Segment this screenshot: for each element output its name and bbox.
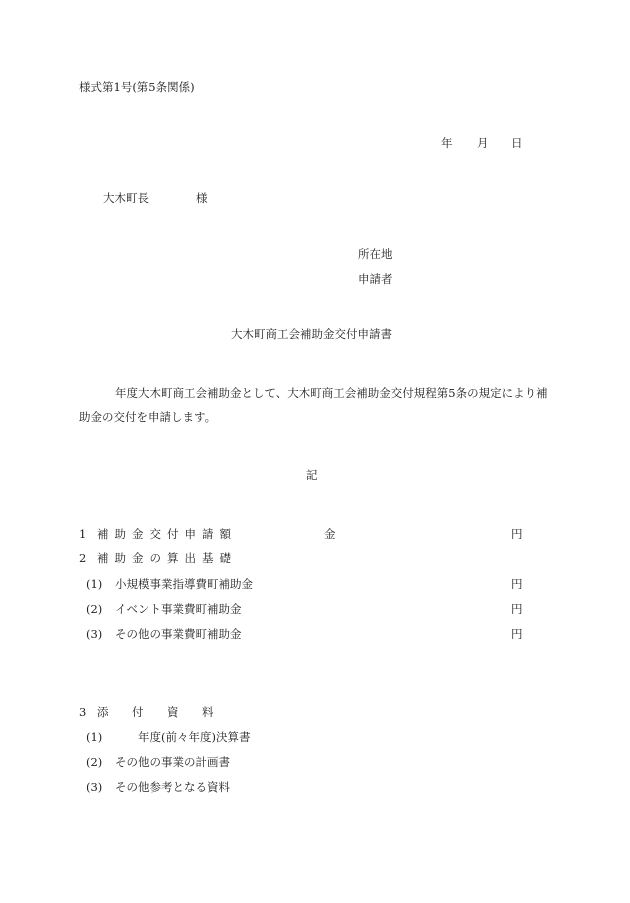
- sub-item-label: 年度(前々年度)決算書: [138, 732, 250, 744]
- ki-heading: 記: [306, 470, 318, 482]
- item-1-amount-prefix: 金: [324, 529, 336, 541]
- item-3-label-char-2: 付: [132, 707, 144, 719]
- sub-item-unit: 円: [511, 579, 523, 591]
- item-3-label-char-3: 資: [167, 707, 179, 719]
- sub-item-number: (1): [86, 732, 102, 744]
- addressee-honorific: 様: [196, 193, 208, 205]
- item-2-number: 2: [79, 553, 86, 565]
- item-1-label: 補助金交付申請額: [97, 529, 237, 541]
- form-number: 様式第1号(第5条関係): [79, 82, 195, 94]
- sub-item-label: イベント事業費町補助金: [115, 604, 242, 616]
- item-3-label-char-1: 添: [97, 707, 109, 719]
- date-month-label: 月: [477, 138, 489, 150]
- sub-item-number: (1): [86, 579, 102, 591]
- applicant-label: 申請者: [358, 274, 393, 286]
- sub-item-unit: 円: [511, 629, 523, 641]
- date-year-label: 年: [441, 138, 453, 150]
- sub-item-number: (3): [86, 629, 102, 641]
- sub-item-unit: 円: [511, 604, 523, 616]
- date-day-label: 日: [511, 138, 523, 150]
- sub-item-label: その他の事業費町補助金: [115, 629, 242, 641]
- sub-item-label: 小規模事業指導費町補助金: [115, 579, 253, 591]
- body-line-2: 助金の交付を申請します。: [79, 412, 216, 424]
- item-3-label-char-4: 料: [202, 707, 214, 719]
- document-title: 大木町商工会補助金交付申請書: [231, 329, 392, 341]
- sub-item-label: その他参考となる資料: [115, 782, 230, 794]
- item-1-number: 1: [79, 529, 86, 541]
- item-3-number: 3: [79, 707, 86, 719]
- address-label: 所在地: [358, 249, 393, 261]
- item-1-unit: 円: [511, 529, 523, 541]
- body-line-1: 年度大木町商工会補助金として、大木町商工会補助金交付規程第5条の規定により補: [115, 388, 548, 400]
- sub-item-number: (2): [86, 757, 102, 769]
- addressee-name: 大木町長: [103, 193, 149, 205]
- sub-item-label: その他の事業の計画書: [115, 757, 230, 769]
- item-2-label: 補助金の算出基礎: [97, 553, 237, 565]
- sub-item-number: (3): [86, 782, 102, 794]
- sub-item-number: (2): [86, 604, 102, 616]
